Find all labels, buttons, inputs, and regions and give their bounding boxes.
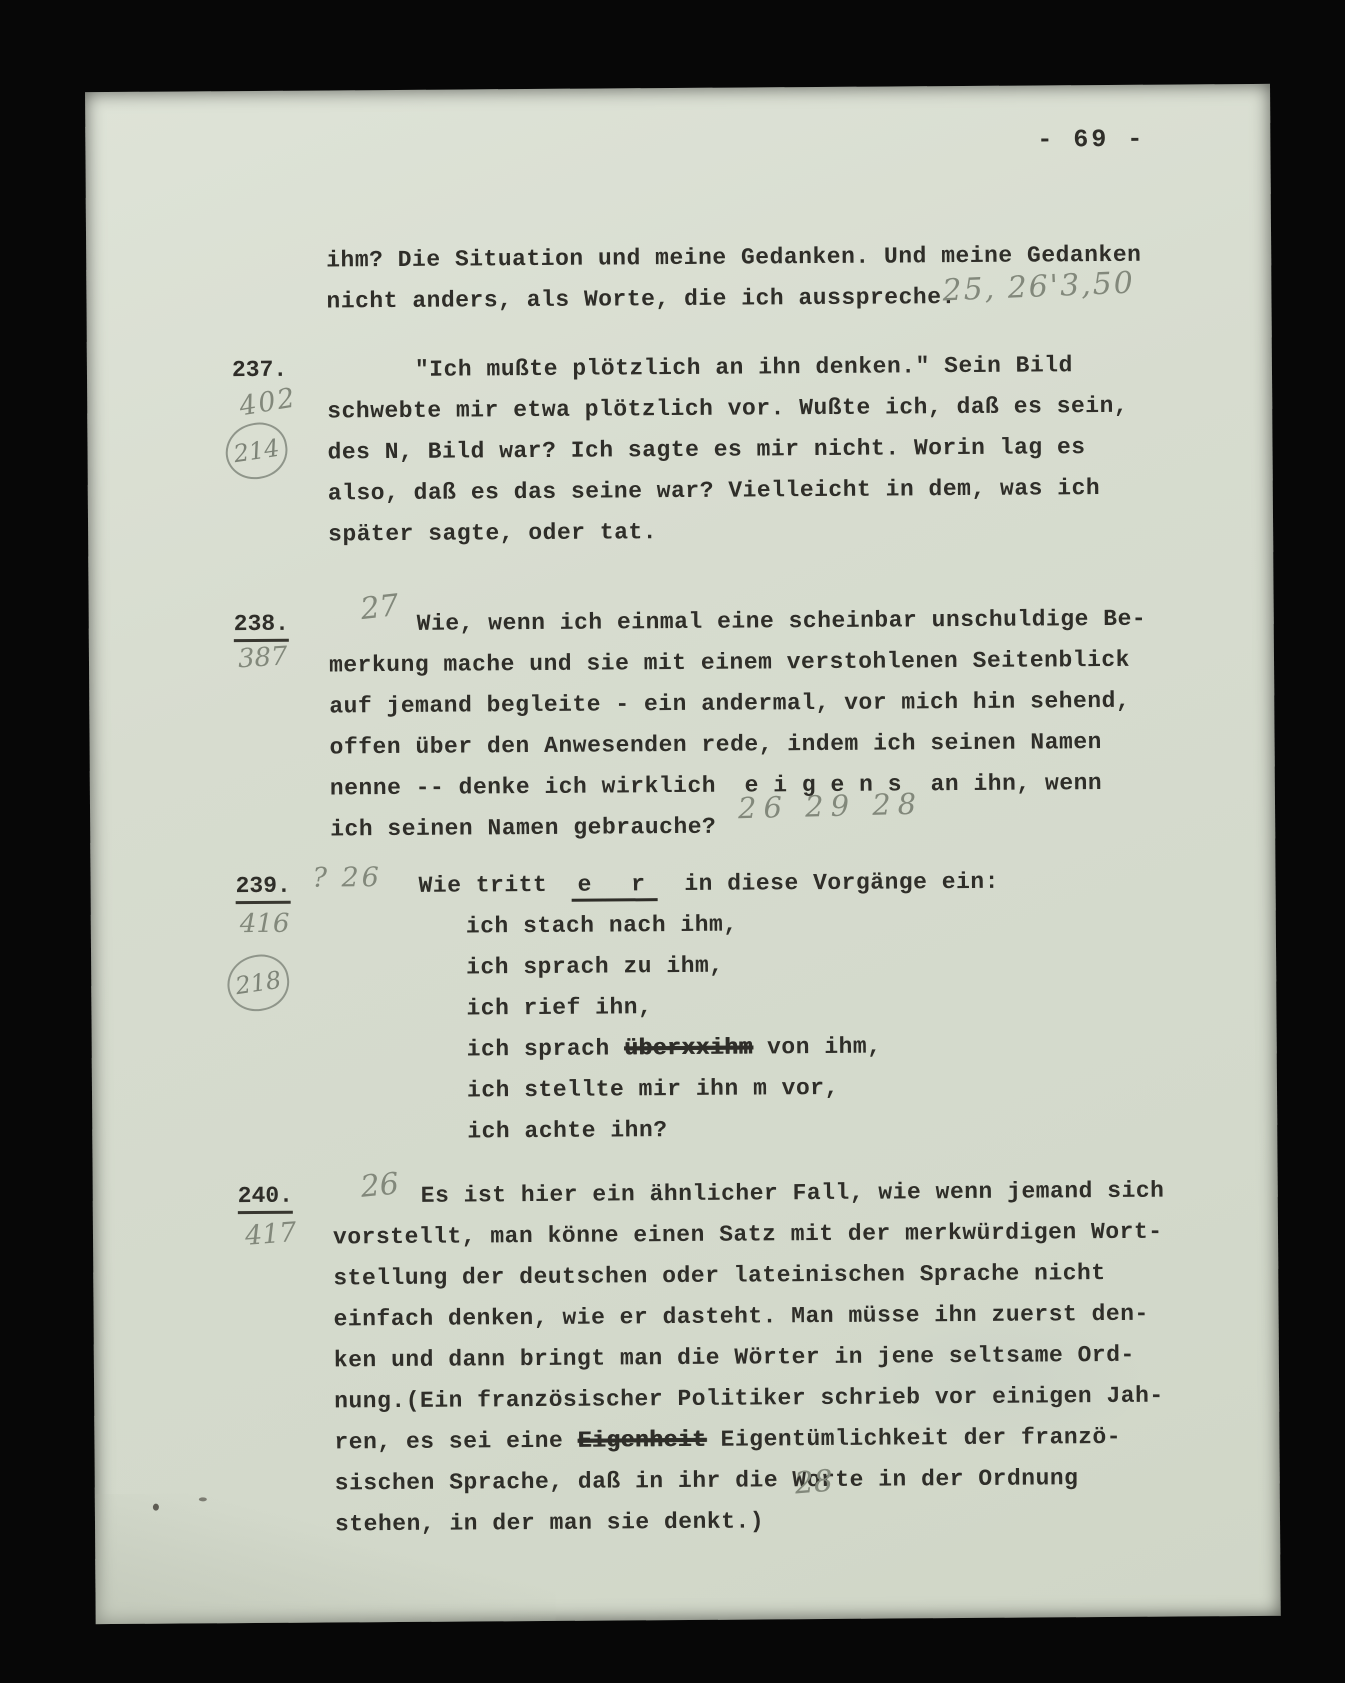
typed-line-with-strikeout: ich sprach überxxihm von ihm, [332, 1024, 1272, 1072]
line-pre: ren, es sei eine [334, 1428, 577, 1456]
struck-word: überxxihm [624, 1034, 753, 1061]
margin-pencil-annotation: 387 [237, 641, 288, 674]
circled-pencil-annotation: 218 [223, 951, 293, 1015]
title-post: in diese Vorgänge ein: [670, 869, 999, 897]
section-number-label: 240. [238, 1183, 293, 1214]
section-number-label: 238. [234, 611, 289, 642]
paper-speck [153, 1504, 159, 1511]
typed-line: offen über den Anwesenden rede, indem ic… [329, 721, 1269, 769]
typed-line: vorstellt, man könne einen Satz mit der … [333, 1211, 1273, 1259]
typed-line: ken und dann bringt man die Wörter in je… [334, 1334, 1274, 1382]
typed-line: ich achte ihn? [332, 1106, 1272, 1154]
paper-speck [199, 1497, 207, 1501]
typed-line: nung.(Ein französischer Politiker schrie… [334, 1375, 1274, 1423]
margin-pencil-annotation: 402 [237, 382, 299, 422]
typed-line: des N, Bild war? Ich sagte es mir nicht.… [327, 426, 1267, 474]
circled-number: 214 [232, 434, 281, 468]
typed-line: also, daß es das seine war? Vielleicht i… [328, 467, 1268, 515]
margin-pencil-annotation: 417 [244, 1217, 298, 1252]
typed-line: Wie, wenn ich einmal eine scheinbar unsc… [329, 598, 1269, 646]
section-number-239: 239. [235, 869, 290, 903]
typed-line: ich rief ihn, [331, 983, 1271, 1031]
circled-number: 218 [234, 966, 283, 1000]
section-237: "Ich mußte plötzlich an ihn denken." Sei… [327, 344, 1268, 556]
typed-line: ich stellte mir ihn m vor, [332, 1065, 1272, 1113]
typed-line-with-emphasis: Wie tritt e r in diese Vorgänge ein: [330, 860, 1270, 908]
page-number: - 69 - [1037, 125, 1145, 155]
section-number-240: 240. [238, 1179, 293, 1213]
typed-line: ich stach nach ihm, [331, 901, 1271, 949]
typed-line: schwebte mir etwa plötzlich vor. Wußte i… [327, 385, 1267, 433]
typed-line: Es ist hier ein ähnlicher Fall, wie wenn… [333, 1170, 1273, 1218]
pencil-annotation: 26 29 28 [738, 787, 924, 826]
section-number-238: 238. [234, 607, 289, 641]
typed-line: stehen, in der man sie denkt.) [335, 1498, 1275, 1546]
margin-pencil-annotation: 416 [240, 909, 290, 939]
section-number-label: 237. [232, 357, 287, 383]
typed-line: auf jemand begleite - ein andermal, vor … [329, 680, 1269, 728]
typed-line: später sagte, oder tat. [328, 508, 1268, 556]
photo-background: { "page_number": "- 69 -", "pencil": { "… [0, 0, 1345, 1683]
circled-pencil-annotation: 214 [222, 419, 292, 483]
underlined-er: e r [572, 871, 659, 902]
title-pre: Wie tritt [418, 872, 561, 899]
line-pre: ich sprach [467, 1035, 625, 1062]
typed-line-with-strikeout: ren, es sei eine Eigenheit Eigentümlichk… [334, 1416, 1274, 1464]
pencil-annotation: 28 [793, 1464, 834, 1502]
typed-line: merkung mache und sie mit einem verstohl… [329, 639, 1269, 687]
typed-line: "Ich mußte plötzlich an ihn denken." Sei… [327, 344, 1267, 392]
typed-line: ich sprach zu ihm, [331, 942, 1271, 990]
line-post: von ihm, [753, 1034, 882, 1061]
section-239: Wie tritt e r in diese Vorgänge ein: ich… [330, 860, 1272, 1154]
typed-line: stellung der deutschen oder lateinischen… [333, 1252, 1273, 1300]
typed-line: einfach denken, wie er dasteht. Man müss… [333, 1293, 1273, 1341]
section-number-237: 237. [232, 353, 287, 387]
struck-word: Eigenheit [577, 1427, 706, 1454]
line-post: Eigentümlichkeit der franzö- [706, 1424, 1121, 1453]
scanned-typescript-page: - 69 - ihm? Die Situation und meine Geda… [85, 84, 1281, 1624]
section-number-label: 239. [235, 873, 290, 904]
